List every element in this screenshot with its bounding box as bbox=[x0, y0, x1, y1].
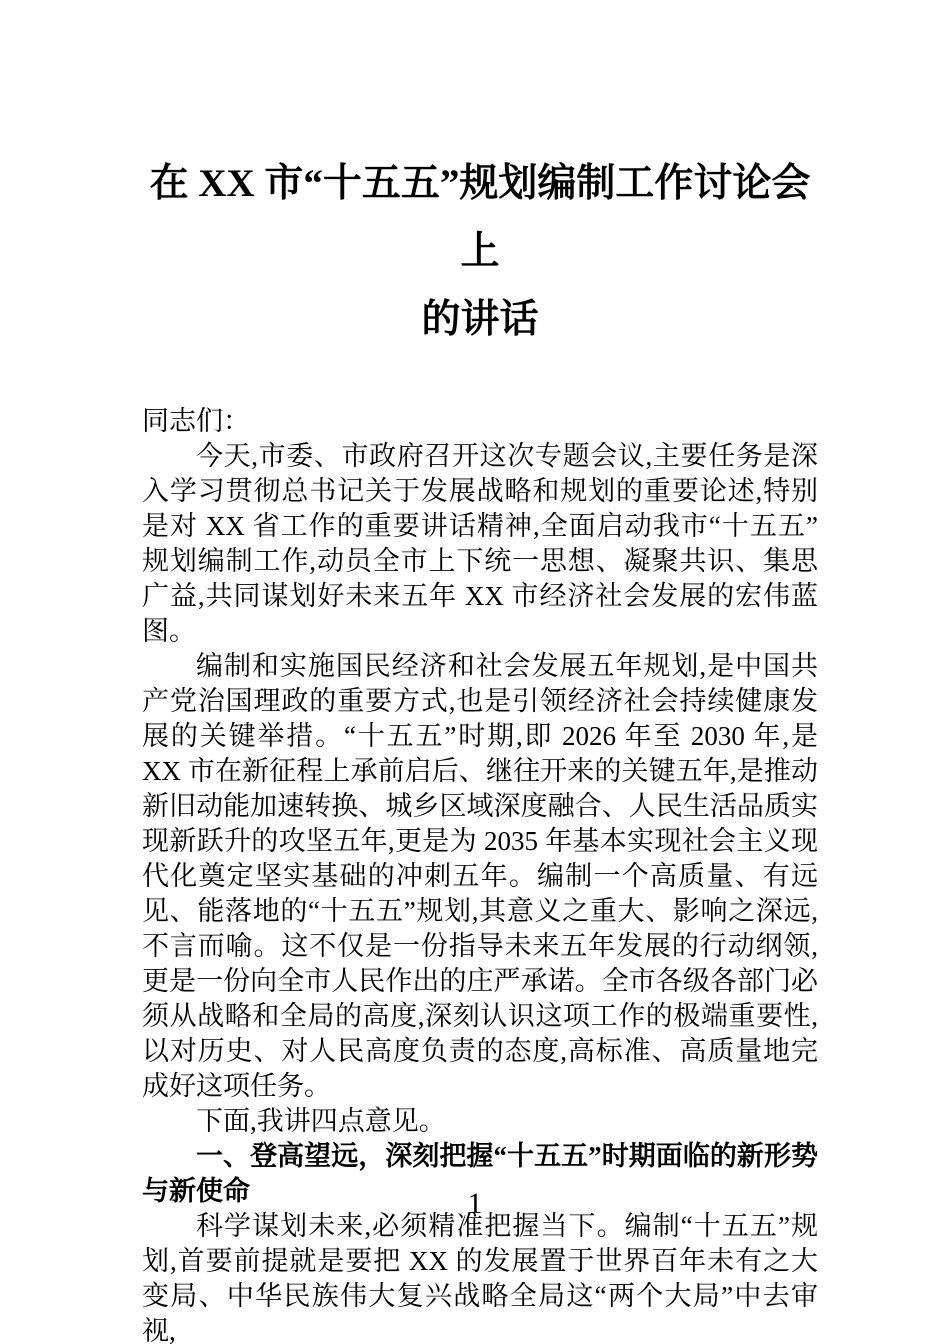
document-title-line-1: 在 XX 市“十五五”规划编制工作讨论会上 bbox=[142, 150, 818, 286]
paragraph-section1-body: 科学谋划未来,必须精准把握当下。编制“十五五”规划,首要前提就是要把 XX 的发… bbox=[142, 1209, 818, 1344]
paragraph-transition: 下面,我讲四点意见。 bbox=[142, 1104, 818, 1139]
salutation: 同志们： bbox=[142, 404, 818, 439]
page-number: 1 bbox=[0, 1186, 950, 1222]
paragraph-significance: 编制和实施国民经济和社会发展五年规划,是中国共产党治国理政的重要方式,也是引领经… bbox=[142, 649, 818, 1104]
document-page: 在 XX 市“十五五”规划编制工作讨论会上 的讲话 同志们： 今天,市委、市政府… bbox=[0, 0, 950, 1344]
paragraph-opening: 今天,市委、市政府召开这次专题会议,主要任务是深入学习贯彻总书记关于发展战略和规… bbox=[142, 439, 818, 649]
document-title: 在 XX 市“十五五”规划编制工作讨论会上 的讲话 bbox=[142, 150, 818, 354]
document-title-line-2: 的讲话 bbox=[142, 286, 818, 354]
